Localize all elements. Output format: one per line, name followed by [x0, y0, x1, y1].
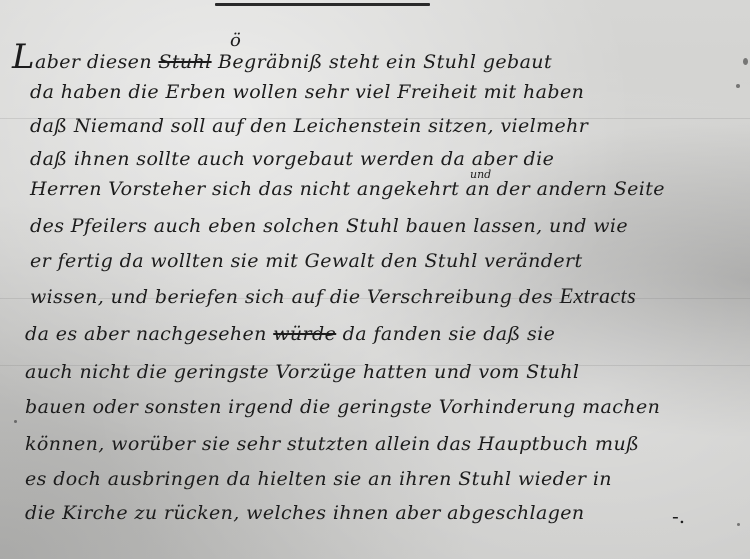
line-text: Begräbniß steht ein Stuhl gebaut [212, 51, 552, 73]
manuscript-line-3: daß Niemand soll auf den Leichenstein si… [30, 115, 588, 137]
line-text: wissen, und beriefen sich auf die Versch… [30, 286, 560, 308]
manuscript-line-5: Herren Vorsteher sich das nicht angekehr… [30, 178, 665, 200]
manuscript-line-6: des Pfeilers auch eben solchen Stuhl bau… [30, 215, 628, 237]
manuscript-line-4: daß ihnen sollte auch vorgebaut werden d… [30, 148, 554, 170]
latin-word: Extracts [560, 283, 637, 308]
manuscript-line-11: bauen oder sonsten irgend die geringste … [25, 396, 660, 418]
manuscript-line-14: die Kirche zu rücken, welches ihnen aber… [25, 502, 585, 524]
manuscript-line-9: da es aber nachgesehen würde da fanden s… [25, 323, 555, 345]
struck-word: Stuhl [158, 51, 211, 73]
manuscript-line-10: auch nicht die geringste Vorzüge hatten … [25, 361, 579, 383]
line-text: da fanden sie daß sie [336, 323, 555, 345]
manuscript-text: Laber diesen Stuhl Begräbniß steht ein S… [0, 0, 750, 559]
struck-word: würde [273, 323, 336, 345]
insertion-mark: ö [230, 30, 241, 51]
line-text: da es aber nachgesehen [25, 323, 273, 345]
manuscript-line-1: Laber diesen Stuhl Begräbniß steht ein S… [12, 40, 552, 74]
manuscript-line-13: es doch ausbringen da hielten sie an ihr… [25, 468, 612, 490]
manuscript-line-12: können, worüber sie sehr stutzten allein… [25, 433, 639, 455]
manuscript-line-7: er fertig da wollten sie mit Gewalt den … [30, 250, 583, 272]
line-text: aber diesen [35, 51, 158, 73]
initial-letter: L [12, 37, 35, 77]
end-mark: -. [672, 504, 685, 528]
manuscript-page: Laber diesen Stuhl Begräbniß steht ein S… [0, 0, 750, 559]
manuscript-line-2: da haben die Erben wollen sehr viel Frei… [30, 81, 584, 103]
manuscript-line-8: wissen, und beriefen sich auf die Versch… [30, 283, 636, 309]
